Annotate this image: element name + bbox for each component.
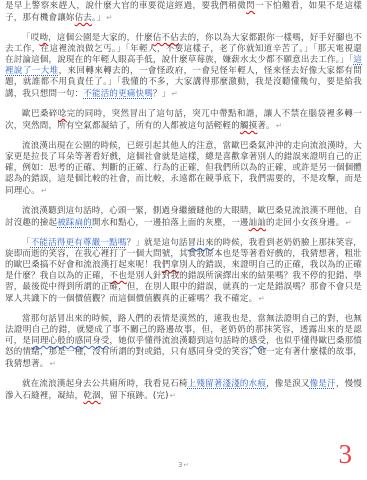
- body-text: ，留下痕跡。(完): [101, 391, 169, 401]
- body-text: 的走回小女孩身邊。: [266, 218, 344, 228]
- paragraph: 「哎呦，這個公園是大家的，什麼佔不佔去的，你以為大家都跟你一樣嗎，好手好腳也不去…: [5, 33, 362, 100]
- body-text: 「哎: [22, 33, 39, 43]
- paragraph: 「不能活得更有尊嚴一點嗎？」就是這句話冒出來的時候，我看到老奶奶臉上那抹笑容，旋…: [5, 238, 362, 305]
- spellcheck-red-text: 乾涸: [83, 391, 100, 401]
- grammar-blue-text: 冒出來: [188, 238, 214, 248]
- paragraph-mark-icon: ↵: [170, 391, 176, 400]
- paragraph-mark-icon: ↵: [171, 89, 177, 98]
- paragraph: 就在流浪漢起身去公共廁所時，我看見石椅上殘留著淺淺的水痕，像是淚又像是汗，慢慢滲…: [5, 379, 362, 402]
- paragraph: 流浪漢聽到這句話時，心頭一緊，側過身繼續瞇他的大眼睛，歐巴桑見流浪漢不理他，自討…: [5, 206, 362, 229]
- paragraph-mark-icon: ↵: [276, 121, 282, 130]
- paragraph-mark-icon: ↵: [106, 13, 112, 22]
- spellcheck-red-text: 訕訕: [249, 218, 266, 228]
- paragraph-mark-icon: ↵: [41, 186, 47, 195]
- body-text: 開水和點心，一邊拍落上面的灰塵，一邊: [92, 218, 249, 228]
- paragraph-mark-icon: ↵: [184, 461, 189, 469]
- hyperlink-text[interactable]: 上殘留著淺淺的水痕: [188, 379, 266, 389]
- body-text: 流浪漢出現在公園的時候，已經引起其他人的注意，當歐巴桑氣沖沖的走向流浪漢時，大家…: [5, 141, 362, 196]
- body-text: ？」: [153, 89, 170, 99]
- paragraph-mark-icon: ↵: [50, 359, 56, 368]
- large-page-number: 3: [339, 440, 353, 468]
- spellcheck-red-text: 呦: [39, 33, 48, 43]
- paragraph-mark-icon: ↵: [258, 294, 264, 303]
- body-text: 就在流浪漢起身去公共廁所時，我看見石椅: [22, 379, 188, 389]
- body-text: ，像是淚又: [266, 379, 310, 389]
- body-text: 歐巴桑碎: [22, 109, 58, 119]
- spellcheck-red-text: 唸: [58, 109, 67, 119]
- paragraph: 當那句話冒出來的時候，路人們的表情是漠然的，連我也是，當無法證明自己的對，也無法…: [5, 314, 362, 370]
- paragraph: 歐巴桑碎唸完的同時，突然冒出了這句話，突兀中帶點和諧，讓人不禁在腦袋裡多轉一次，…: [5, 109, 362, 132]
- spellcheck-red-text: 佔不佔: [153, 33, 179, 43]
- body-text: 著。: [257, 121, 274, 131]
- spellcheck-red-text: 佔去: [75, 13, 92, 23]
- hyperlink-text[interactable]: 被踩扁的: [57, 218, 92, 228]
- body-text: ，這個公園是大家的，什麼: [48, 33, 153, 43]
- paragraph: 流浪漢出現在公園的時候，已經引起其他人的注意，當歐巴桑氣沖沖的走向流浪漢時，大家…: [5, 141, 362, 197]
- hyperlink-text[interactable]: 不能活得更有尊嚴一點嗎: [31, 238, 127, 248]
- body-text: 是早上警察來趕人，說什麼大官的車要從這經過，要我們稍微: [5, 1, 246, 11]
- footer-page-number: 3: [178, 461, 182, 469]
- grammar-blue-text: 同理心般的感同身受: [31, 336, 109, 346]
- body-text: 。」: [92, 13, 105, 23]
- paragraph: 是早上警察來趕人，說什麼大官的車要從這經過，要我們稍微閃一下怕難看，如果不是這樣…: [5, 1, 362, 24]
- spellcheck-red-text: 閃: [246, 1, 255, 11]
- hyperlink-text[interactable]: 像是汗: [310, 379, 336, 389]
- grammar-blue-text: 感受: [249, 336, 266, 346]
- body-text: ？」就是這句話: [127, 238, 188, 248]
- body-text: 「: [22, 238, 31, 248]
- page-footer: 3↵: [0, 461, 367, 469]
- spellcheck-red-text: 不也: [110, 271, 127, 281]
- body-text: ，來回轉來轉去的，一會怪政府，一會兒怪年輕人，怪來怪去好像大家都有問題，就誰都不…: [5, 66, 362, 99]
- spellcheck-red-text: 觸摸: [240, 121, 257, 131]
- hyperlink-text[interactable]: 不能活的更痛快嗎: [83, 89, 153, 99]
- spellcheck-red-text: 們拿: [162, 260, 179, 270]
- document-text: 是早上警察來趕人，說什麼大官的車要從這經過，要我們稍微閃一下怕難看，如果不是這樣…: [5, 1, 362, 402]
- body-text: ，她似乎懂得流浪漢聽到這句話時的: [110, 336, 249, 346]
- paragraph-mark-icon: ↵: [345, 218, 351, 227]
- document-page: 是早上警察來趕人，說什麼大官的車要從這經過，要我們稍微閃一下怕難看，如果不是這樣…: [5, 1, 362, 411]
